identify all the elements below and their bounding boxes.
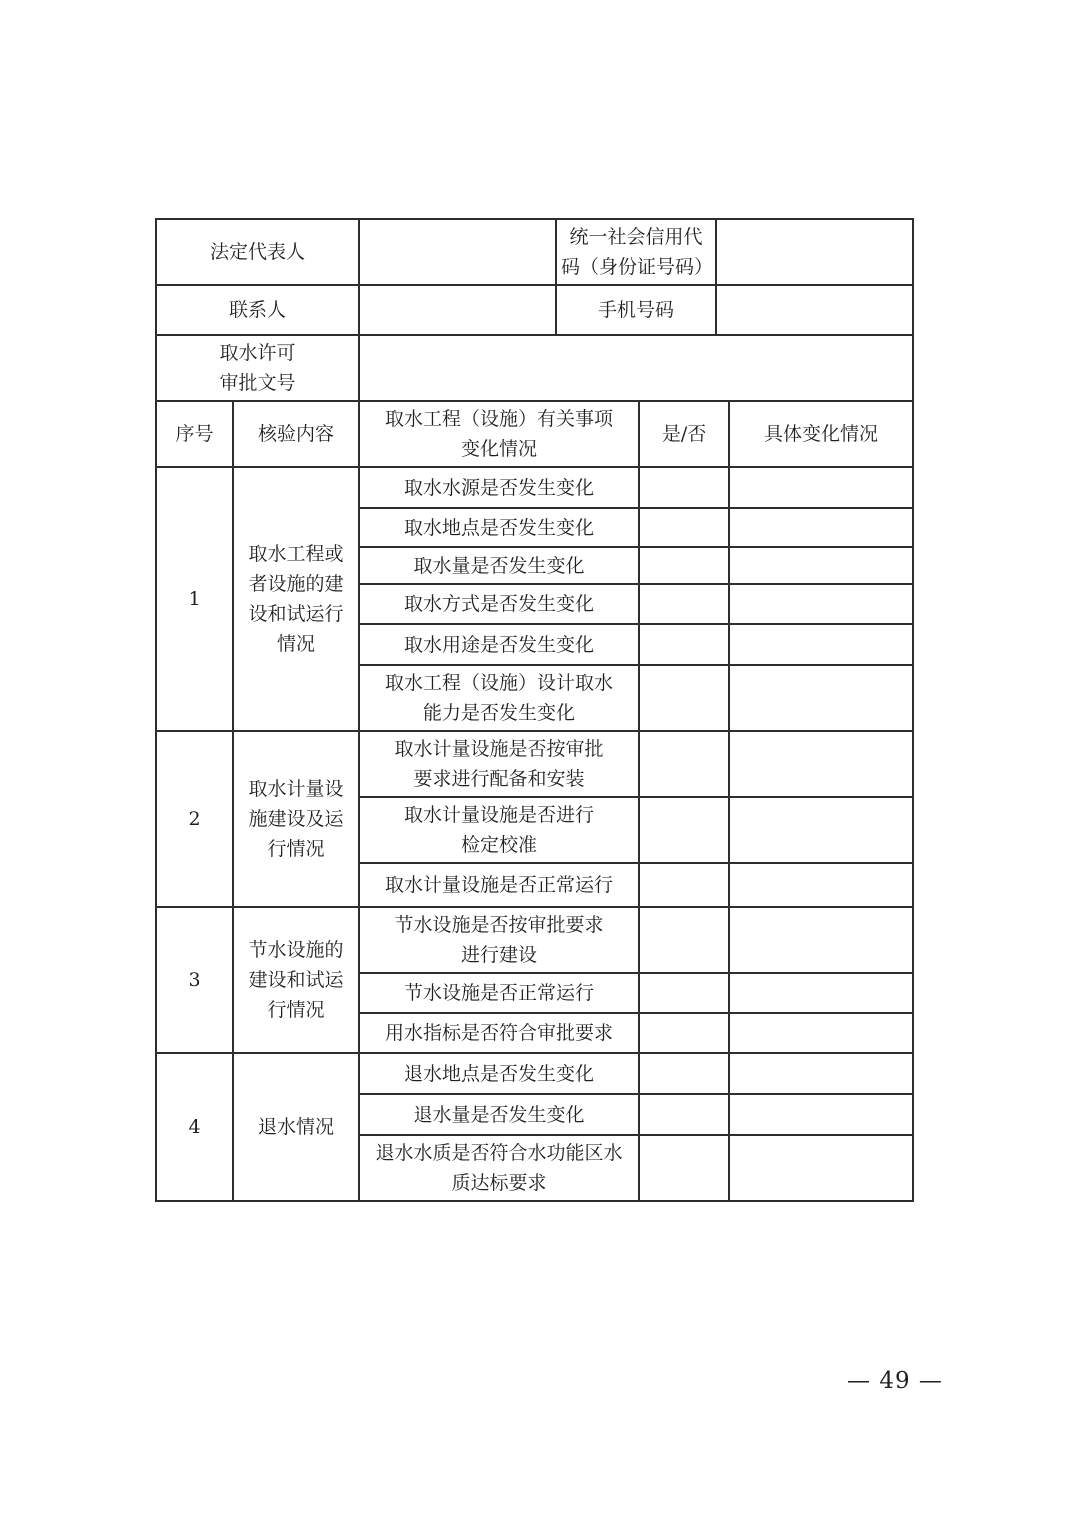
- table-row: 取水许可 审批文号: [156, 335, 913, 401]
- detail-cell: [729, 973, 913, 1013]
- section-content: 退水情况: [233, 1053, 359, 1201]
- section-seq: 3: [156, 907, 233, 1053]
- detail-cell: [729, 467, 913, 508]
- section-content: 取水计量设 施建设及运 行情况: [233, 731, 359, 907]
- yesno-cell: [639, 1013, 729, 1053]
- item-cell: 退水量是否发生变化: [359, 1094, 639, 1135]
- detail-cell: [729, 1094, 913, 1135]
- permit-no-label: 取水许可 审批文号: [156, 335, 359, 401]
- item-cell: 节水设施是否正常运行: [359, 973, 639, 1013]
- yesno-cell: [639, 731, 729, 797]
- detail-cell: [729, 907, 913, 973]
- item-cell: 用水指标是否符合审批要求: [359, 1013, 639, 1053]
- detail-cell: [729, 1053, 913, 1094]
- detail-cell: [729, 863, 913, 907]
- permit-no-value-cell: [359, 335, 913, 401]
- item-cell: 节水设施是否按审批要求 进行建设: [359, 907, 639, 973]
- mobile-value-cell: [716, 285, 913, 335]
- detail-cell: [729, 584, 913, 624]
- table-row: 联系人 手机号码: [156, 285, 913, 335]
- credit-code-value-cell: [716, 219, 913, 285]
- legal-rep-value-cell: [359, 219, 556, 285]
- yesno-cell: [639, 584, 729, 624]
- header-content: 核验内容: [233, 401, 359, 467]
- yesno-cell: [639, 508, 729, 547]
- document-page: 法定代表人 统一社会信用代 码（身份证号码） 联系人 手机号码 取水许可 审批文…: [0, 0, 1074, 1520]
- yesno-cell: [639, 1135, 729, 1201]
- page-number: — 49 —: [800, 1368, 990, 1394]
- yesno-cell: [639, 547, 729, 584]
- header-yesno: 是/否: [639, 401, 729, 467]
- detail-cell: [729, 665, 913, 731]
- section-seq: 1: [156, 467, 233, 731]
- verification-form-table: 法定代表人 统一社会信用代 码（身份证号码） 联系人 手机号码 取水许可 审批文…: [155, 218, 914, 1202]
- table-row: 2 取水计量设 施建设及运 行情况 取水计量设施是否按审批 要求进行配备和安装: [156, 731, 913, 797]
- detail-cell: [729, 1135, 913, 1201]
- yesno-cell: [639, 973, 729, 1013]
- item-cell: 取水计量设施是否进行 检定校准: [359, 797, 639, 863]
- item-cell: 取水计量设施是否按审批 要求进行配备和安装: [359, 731, 639, 797]
- detail-cell: [729, 731, 913, 797]
- yesno-cell: [639, 665, 729, 731]
- yesno-cell: [639, 1094, 729, 1135]
- yesno-cell: [639, 907, 729, 973]
- contact-label: 联系人: [156, 285, 359, 335]
- item-cell: 取水工程（设施）设计取水 能力是否发生变化: [359, 665, 639, 731]
- header-seq: 序号: [156, 401, 233, 467]
- detail-cell: [729, 624, 913, 665]
- section-content: 取水工程或 者设施的建 设和试运行 情况: [233, 467, 359, 731]
- item-cell: 退水水质是否符合水功能区水 质达标要求: [359, 1135, 639, 1201]
- section-seq: 2: [156, 731, 233, 907]
- credit-code-label: 统一社会信用代 码（身份证号码）: [556, 219, 716, 285]
- detail-cell: [729, 508, 913, 547]
- item-cell: 取水用途是否发生变化: [359, 624, 639, 665]
- item-cell: 退水地点是否发生变化: [359, 1053, 639, 1094]
- yesno-cell: [639, 467, 729, 508]
- section-content: 节水设施的 建设和试运 行情况: [233, 907, 359, 1053]
- contact-value-cell: [359, 285, 556, 335]
- yesno-cell: [639, 797, 729, 863]
- table-row: 4 退水情况 退水地点是否发生变化: [156, 1053, 913, 1094]
- item-cell: 取水方式是否发生变化: [359, 584, 639, 624]
- detail-cell: [729, 547, 913, 584]
- detail-cell: [729, 797, 913, 863]
- section-seq: 4: [156, 1053, 233, 1201]
- table-header-row: 序号 核验内容 取水工程（设施）有关事项 变化情况 是/否 具体变化情况: [156, 401, 913, 467]
- header-items: 取水工程（设施）有关事项 变化情况: [359, 401, 639, 467]
- legal-rep-label: 法定代表人: [156, 219, 359, 285]
- yesno-cell: [639, 1053, 729, 1094]
- item-cell: 取水地点是否发生变化: [359, 508, 639, 547]
- header-detail: 具体变化情况: [729, 401, 913, 467]
- table-row: 法定代表人 统一社会信用代 码（身份证号码）: [156, 219, 913, 285]
- yesno-cell: [639, 624, 729, 665]
- item-cell: 取水量是否发生变化: [359, 547, 639, 584]
- mobile-label: 手机号码: [556, 285, 716, 335]
- item-cell: 取水水源是否发生变化: [359, 467, 639, 508]
- table-row: 3 节水设施的 建设和试运 行情况 节水设施是否按审批要求 进行建设: [156, 907, 913, 973]
- item-cell: 取水计量设施是否正常运行: [359, 863, 639, 907]
- table-row: 1 取水工程或 者设施的建 设和试运行 情况 取水水源是否发生变化: [156, 467, 913, 508]
- yesno-cell: [639, 863, 729, 907]
- detail-cell: [729, 1013, 913, 1053]
